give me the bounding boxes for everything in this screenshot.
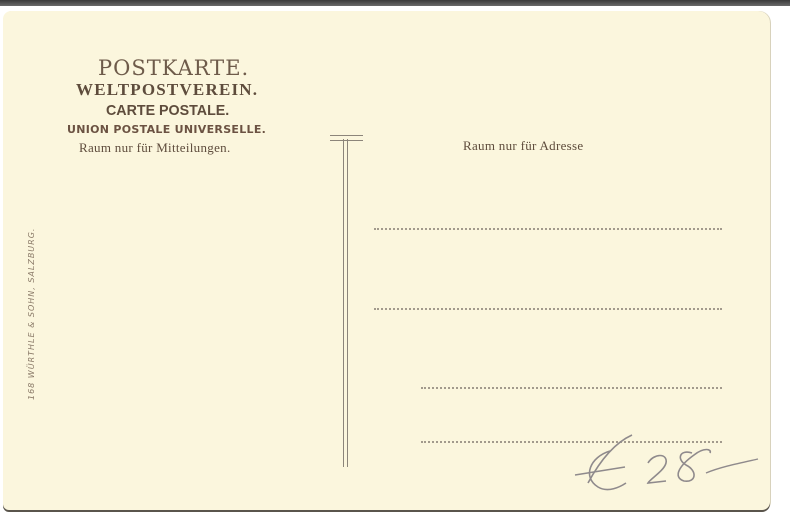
address-line-3 [421,387,722,389]
pencil-price-note [570,425,770,505]
title-weltpostverein: WELTPOSTVEREIN. [76,80,258,100]
scan-edge [0,0,790,6]
title-postkarte: POSTKARTE. [98,56,249,80]
title-carte-postale: CARTE POSTALE. [106,102,229,119]
divider-line [343,139,348,467]
title-union-postale: UNION POSTALE UNIVERSELLE. [67,123,266,136]
publisher-imprint: 168 WÜRTHLE & SOHN, SALZBURG. [27,228,36,400]
address-line-1 [374,228,722,230]
address-area-label: Raum nur für Adresse [463,138,583,154]
message-area-label: Raum nur für Mitteilungen. [79,140,231,156]
address-line-2 [374,308,722,310]
